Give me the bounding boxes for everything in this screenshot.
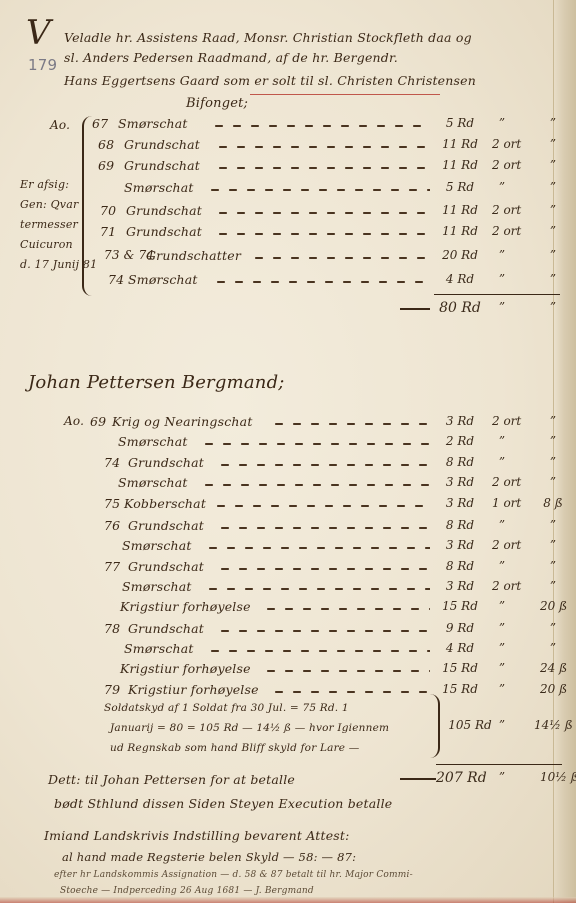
amount-ort: ” bbox=[492, 599, 512, 613]
amount-rigsdaler: 11 Rd bbox=[436, 158, 484, 172]
bracket-brace bbox=[430, 694, 440, 758]
entry-year: 79 bbox=[104, 682, 120, 697]
dot-leader bbox=[270, 691, 430, 693]
entry-label: Smørschat bbox=[118, 475, 188, 490]
closing-line-3: Imiand Landskrivis Indstilling bevarent … bbox=[44, 828, 350, 843]
entry-label: Smørschat bbox=[122, 538, 192, 553]
entry-label: Smørschat bbox=[128, 272, 198, 287]
margin-note-line-1: Er afsig: bbox=[20, 178, 69, 191]
amount-ort: 2 ort bbox=[492, 475, 512, 489]
entry-year: 68 bbox=[98, 137, 114, 152]
dot-leader bbox=[212, 505, 430, 507]
entry-label: Grundschat bbox=[124, 137, 200, 152]
amount-skilling: ” bbox=[540, 137, 566, 151]
entry-label: Grundschat bbox=[128, 518, 204, 533]
entry-label: Krigstiur forhøyelse bbox=[120, 599, 251, 614]
amount-ort: ” bbox=[492, 661, 512, 675]
section-1-total-marker bbox=[400, 308, 430, 310]
amount-skilling: 24 ß bbox=[540, 661, 566, 675]
margin-note-line-3: termesser bbox=[20, 218, 78, 231]
entry-year: 74 bbox=[104, 455, 120, 470]
amount-rigsdaler: 20 Rd bbox=[436, 248, 484, 262]
bracket-skilling: 14½ ß bbox=[534, 718, 560, 732]
total-skilling: 10½ ß bbox=[540, 770, 566, 784]
entry-year: 75 bbox=[104, 496, 120, 511]
amount-rigsdaler: 5 Rd bbox=[436, 116, 484, 130]
amount-rigsdaler: 5 Rd bbox=[436, 180, 484, 194]
entry-year: 69 bbox=[90, 414, 106, 429]
entry-label: Grundschat bbox=[126, 224, 202, 239]
entry-year: 78 bbox=[104, 621, 120, 636]
section-1-sum-rule bbox=[434, 294, 560, 295]
header-line-2: sl. Anders Pedersen Raadmand, af de hr. … bbox=[64, 50, 398, 65]
amount-rigsdaler: 11 Rd bbox=[436, 203, 484, 217]
bracket-line-1: Soldatskyd af 1 Soldat fra 30 Jul. = 75 … bbox=[104, 702, 349, 714]
header-line-3: Hans Eggertsens Gaard som er solt til sl… bbox=[64, 73, 476, 88]
dot-leader bbox=[214, 212, 430, 214]
amount-rigsdaler: 15 Rd bbox=[436, 599, 484, 613]
amount-rigsdaler: 4 Rd bbox=[436, 641, 484, 655]
dot-leader bbox=[210, 125, 430, 127]
dot-leader bbox=[200, 484, 430, 486]
section-2-sum-rule bbox=[436, 764, 562, 765]
amount-skilling: ” bbox=[540, 538, 566, 552]
amount-ort: ” bbox=[492, 518, 512, 532]
amount-rigsdaler: 8 Rd bbox=[436, 559, 484, 573]
amount-rigsdaler: 15 Rd bbox=[436, 682, 484, 696]
page-bottom-edge bbox=[0, 897, 576, 903]
dot-leader bbox=[206, 650, 430, 652]
manuscript-page: 179 V Veladle hr. Assistens Raad, Monsr.… bbox=[0, 0, 576, 903]
dot-leader bbox=[216, 464, 430, 466]
amount-skilling: ” bbox=[540, 158, 566, 172]
amount-rigsdaler: 9 Rd bbox=[436, 621, 484, 635]
amount-ort: 2 ort bbox=[492, 203, 512, 217]
entry-label: Grundschat bbox=[128, 621, 204, 636]
entry-label: Kobberschat bbox=[124, 496, 206, 511]
amount-ort: 2 ort bbox=[492, 137, 512, 151]
amount-ort: ” bbox=[492, 272, 512, 286]
closing-line-6: Stoeche — Indperceding 26 Aug 1681 — J. … bbox=[60, 886, 314, 896]
dot-leader bbox=[250, 257, 430, 259]
dot-leader bbox=[204, 588, 430, 590]
amount-skilling: ” bbox=[540, 248, 566, 262]
bracket-ort: ” bbox=[492, 718, 512, 732]
total-ort: ” bbox=[492, 300, 512, 314]
entry-year: 70 bbox=[100, 203, 116, 218]
amount-rigsdaler: 3 Rd bbox=[436, 475, 484, 489]
dot-leader bbox=[216, 568, 430, 570]
initial-capital: V bbox=[26, 16, 51, 50]
amount-skilling: ” bbox=[540, 579, 566, 593]
amount-ort: ” bbox=[492, 116, 512, 130]
closing-line-1: Dett: til Johan Pettersen for at betalle bbox=[48, 772, 295, 787]
total-rigsdaler: 80 Rd bbox=[436, 300, 484, 316]
amount-skilling: ” bbox=[540, 455, 566, 469]
dot-leader bbox=[204, 547, 430, 549]
entry-year: 77 bbox=[104, 559, 120, 574]
amount-rigsdaler: 3 Rd bbox=[436, 414, 484, 428]
amount-skilling: ” bbox=[540, 203, 566, 217]
margin-note-line-4: Cuicuron bbox=[20, 238, 73, 251]
amount-skilling: ” bbox=[540, 475, 566, 489]
amount-skilling: ” bbox=[540, 180, 566, 194]
entry-label: Smørschat bbox=[118, 116, 188, 131]
margin-note-line-2: Gen: Qvar bbox=[20, 198, 78, 211]
amount-rigsdaler: 4 Rd bbox=[436, 272, 484, 286]
total-rigsdaler: 207 Rd bbox=[436, 770, 484, 786]
amount-rigsdaler: 3 Rd bbox=[436, 496, 484, 510]
entry-label: Grundschat bbox=[124, 158, 200, 173]
closing-line-5: efter hr Landskommis Assignation — d. 58… bbox=[54, 870, 413, 880]
entry-label: Krigstiur forhøyelse bbox=[128, 682, 259, 697]
amount-ort: 2 ort bbox=[492, 579, 512, 593]
bracket-line-3: ud Regnskab som hand Bliff skyld for Lar… bbox=[110, 742, 359, 754]
dot-leader bbox=[216, 527, 430, 529]
entry-label: Krigstiur forhøyelse bbox=[120, 661, 251, 676]
amount-ort: 2 ort bbox=[492, 538, 512, 552]
dot-leader bbox=[214, 146, 430, 148]
dot-leader bbox=[270, 423, 430, 425]
total-skilling: ” bbox=[540, 300, 566, 314]
entry-label: Grundschat bbox=[126, 203, 202, 218]
total-ort: ” bbox=[492, 770, 512, 784]
amount-skilling: ” bbox=[540, 414, 566, 428]
amount-skilling: ” bbox=[540, 518, 566, 532]
section-1-brace bbox=[82, 116, 94, 296]
amount-skilling: ” bbox=[540, 224, 566, 238]
dot-leader bbox=[262, 608, 430, 610]
amount-skilling: ” bbox=[540, 116, 566, 130]
entry-label: Smørschat bbox=[124, 180, 194, 195]
entry-label: Smørschat bbox=[122, 579, 192, 594]
dot-leader bbox=[216, 630, 430, 632]
bracket-line-2: Januarij = 80 = 105 Rd — 14½ ß — hvor Ig… bbox=[110, 722, 389, 734]
amount-ort: 2 ort bbox=[492, 414, 512, 428]
amount-skilling: 20 ß bbox=[540, 599, 566, 613]
dot-leader bbox=[200, 443, 430, 445]
entry-label: Krig og Nearingschat bbox=[112, 414, 253, 429]
page-gutter bbox=[553, 0, 576, 903]
amount-rigsdaler: 2 Rd bbox=[436, 434, 484, 448]
amount-rigsdaler: 3 Rd bbox=[436, 538, 484, 552]
bracket-rigsdaler: 105 Rd bbox=[446, 718, 494, 732]
amount-rigsdaler: 8 Rd bbox=[436, 455, 484, 469]
amount-ort: ” bbox=[492, 434, 512, 448]
entry-year: 67 bbox=[92, 116, 108, 131]
amount-skilling: ” bbox=[540, 434, 566, 448]
amount-skilling: 20 ß bbox=[540, 682, 566, 696]
amount-ort: ” bbox=[492, 248, 512, 262]
amount-ort: ” bbox=[492, 641, 512, 655]
amount-ort: 2 ort bbox=[492, 224, 512, 238]
entry-label: Grundschatter bbox=[146, 248, 241, 263]
amount-ort: ” bbox=[492, 621, 512, 635]
section-2-name: Johan Pettersen Bergmand; bbox=[28, 372, 285, 393]
entry-label: Grundschat bbox=[128, 455, 204, 470]
amount-rigsdaler: 15 Rd bbox=[436, 661, 484, 675]
dot-leader bbox=[206, 189, 430, 191]
amount-skilling: ” bbox=[540, 641, 566, 655]
entry-label: Grundschat bbox=[128, 559, 204, 574]
dot-leader bbox=[212, 281, 430, 283]
dot-leader bbox=[214, 167, 430, 169]
amount-skilling: 8 ß bbox=[540, 496, 566, 510]
closing-line-2: bødt Sthlund dissen Siden Steyen Executi… bbox=[54, 796, 392, 811]
amount-rigsdaler: 11 Rd bbox=[436, 224, 484, 238]
entry-label: Smørschat bbox=[124, 641, 194, 656]
amount-skilling: ” bbox=[540, 621, 566, 635]
amount-skilling: ” bbox=[540, 272, 566, 286]
closing-line-4: al hand made Regsterie belen Skyld — 58:… bbox=[62, 850, 356, 864]
amount-ort: ” bbox=[492, 180, 512, 194]
amount-ort: 2 ort bbox=[492, 158, 512, 172]
entry-label: Smørschat bbox=[118, 434, 188, 449]
folio-number: 179 bbox=[28, 56, 57, 74]
amount-ort: 1 ort bbox=[492, 496, 512, 510]
dot-leader bbox=[262, 670, 430, 672]
header-line-1: Veladle hr. Assistens Raad, Monsr. Chris… bbox=[64, 30, 472, 45]
section-1-prefix: Ao. bbox=[50, 118, 70, 132]
amount-skilling: ” bbox=[540, 559, 566, 573]
amount-rigsdaler: 11 Rd bbox=[436, 137, 484, 151]
entry-year: 69 bbox=[98, 158, 114, 173]
amount-ort: ” bbox=[492, 455, 512, 469]
amount-ort: ” bbox=[492, 559, 512, 573]
heading-bifonget: Bifonget; bbox=[186, 96, 248, 111]
amount-rigsdaler: 8 Rd bbox=[436, 518, 484, 532]
red-underline bbox=[250, 94, 440, 95]
entry-year: 71 bbox=[100, 224, 116, 239]
amount-rigsdaler: 3 Rd bbox=[436, 579, 484, 593]
amount-ort: ” bbox=[492, 682, 512, 696]
section-2-prefix: Ao. bbox=[64, 414, 84, 428]
section-2-total-marker bbox=[400, 778, 436, 780]
dot-leader bbox=[214, 233, 430, 235]
entry-year: 74 bbox=[108, 272, 124, 287]
entry-year: 76 bbox=[104, 518, 120, 533]
